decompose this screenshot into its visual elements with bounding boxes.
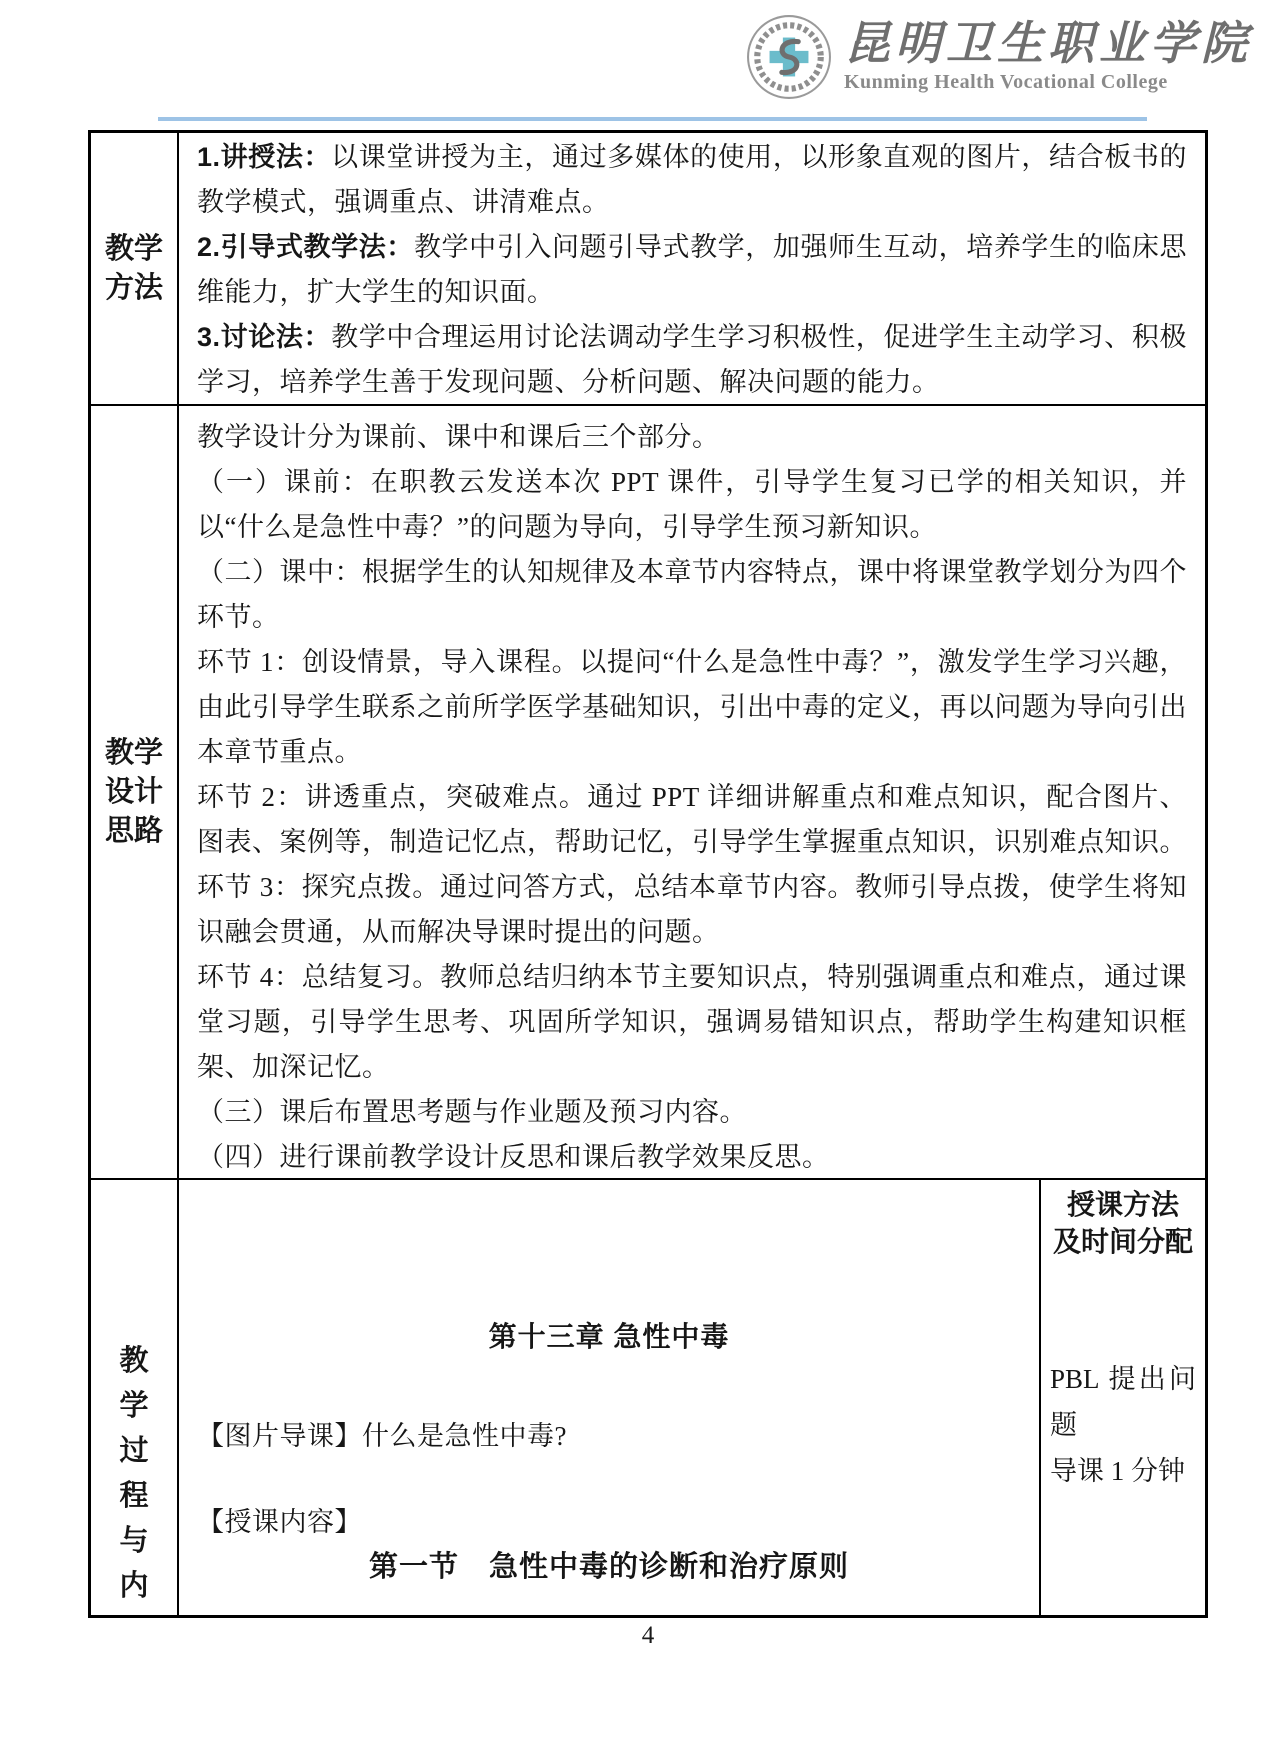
lecture-content-label: 【授课内容】 — [197, 1500, 1021, 1545]
method-paragraph: 3.讨论法：教学中合理运用讨论法调动学生学习积极性，促进学生主动学习、积极学习，… — [197, 315, 1187, 405]
time-allocation-items: PBL 提出问题 导课 1 分钟 — [1050, 1356, 1196, 1494]
method-name: 1.讲授法： — [197, 142, 331, 172]
row-label-line: 教学 — [105, 734, 163, 773]
header-divider-line — [158, 117, 1147, 121]
time-column-header-line: 及时间分配 — [1050, 1223, 1196, 1260]
method-paragraph: 2.引导式教学法：教学中引入问题引导式教学，加强师生互动，培养学生的临床思维能力… — [197, 225, 1187, 315]
method-description: 教学中合理运用讨论法调动学生学习积极性，促进学生主动学习、积极学习，培养学生善于… — [197, 322, 1187, 397]
method-name: 3.讨论法： — [197, 322, 331, 352]
time-allocation-item: PBL 提出问题 — [1050, 1356, 1196, 1448]
row-label-line: 设计 — [105, 773, 163, 812]
design-paragraph: （二）课中：根据学生的认知规律及本章节内容特点，课中将课堂教学划分为四个环节。 — [197, 550, 1187, 640]
row-label-line: 内 — [119, 1564, 148, 1609]
row-label-line: 过 — [119, 1429, 148, 1474]
method-paragraph: 1.讲授法：以课堂讲授为主，通过多媒体的使用，以形象直观的图片，结合板书的教学模… — [197, 135, 1187, 225]
teaching-process-content: 第十三章 急性中毒 【图片导课】什么是急性中毒? 【授课内容】 第一节 急性中毒… — [179, 1180, 1039, 1615]
table-row-teaching-process: 教 学 过 程 与 内 第十三章 急性中毒 【图片导课】什么是急性中毒? 【授课… — [91, 1178, 1205, 1615]
design-paragraph: 教学设计分为课前、课中和课后三个部分。 — [197, 415, 1187, 460]
row-label-line: 学 — [119, 1384, 148, 1429]
college-name-block: 昆明卫生职业学院 Kunming Health Vocational Colle… — [844, 19, 1252, 95]
design-paragraph: 环节 1：创设情景，导入课程。以提问“什么是急性中毒？”，激发学生学习兴趣，由此… — [197, 640, 1187, 775]
row-label-line: 方法 — [105, 269, 163, 308]
time-allocation-item: 导课 1 分钟 — [1050, 1448, 1196, 1494]
page-number: 4 — [0, 1622, 1271, 1650]
row-label-teaching-process: 教 学 过 程 与 内 — [91, 1180, 179, 1615]
row-label-design-approach: 教学 设计 思路 — [91, 406, 179, 1178]
design-paragraph: （四）进行课前教学设计反思和课后教学效果反思。 — [197, 1135, 1187, 1180]
college-seal-icon — [746, 14, 832, 100]
design-approach-content: 教学设计分为课前、课中和课后三个部分。 （一）课前：在职教云发送本次 PPT 课… — [179, 406, 1205, 1178]
college-name-calligraphy: 昆明卫生职业学院 — [844, 19, 1252, 69]
college-name-english: Kunming Health Vocational College — [844, 69, 1252, 95]
design-paragraph: 环节 2：讲透重点，突破难点。通过 PPT 详细讲解重点和难点知识，配合图片、图… — [197, 775, 1187, 865]
table-row-design-approach: 教学 设计 思路 教学设计分为课前、课中和课后三个部分。 （一）课前：在职教云发… — [91, 404, 1205, 1178]
time-column-header: 授课方法 及时间分配 — [1050, 1186, 1196, 1260]
row-label-line: 教学 — [105, 230, 163, 269]
table-row-teaching-methods: 教学 方法 1.讲授法：以课堂讲授为主，通过多媒体的使用，以形象直观的图片，结合… — [91, 133, 1205, 404]
method-name: 2.引导式教学法： — [197, 232, 414, 262]
time-column-header-line: 授课方法 — [1050, 1186, 1196, 1223]
design-paragraph: 环节 3：探究点拨。通过问答方式，总结本章节内容。教师引导点拨，使学生将知识融会… — [197, 865, 1187, 955]
picture-lead-in-line: 【图片导课】什么是急性中毒? — [197, 1414, 1021, 1459]
lesson-plan-page: 昆明卫生职业学院 Kunming Health Vocational Colle… — [0, 0, 1271, 1763]
teaching-methods-content: 1.讲授法：以课堂讲授为主，通过多媒体的使用，以形象直观的图片，结合板书的教学模… — [179, 133, 1205, 404]
chapter-title: 第十三章 急性中毒 — [197, 1314, 1021, 1359]
lesson-plan-table: 教学 方法 1.讲授法：以课堂讲授为主，通过多媒体的使用，以形象直观的图片，结合… — [88, 130, 1208, 1618]
section-title: 第一节 急性中毒的诊断和治疗原则 — [197, 1545, 1021, 1590]
row-label-teaching-methods: 教学 方法 — [91, 133, 179, 404]
design-paragraph: （三）课后布置思考题与作业题及预习内容。 — [197, 1090, 1187, 1135]
row-label-line: 教 — [119, 1339, 148, 1384]
header-logo: 昆明卫生职业学院 Kunming Health Vocational Colle… — [746, 14, 1252, 100]
row-label-line: 思路 — [105, 812, 163, 851]
design-paragraph: （一）课前：在职教云发送本次 PPT 课件，引导学生复习已学的相关知识，并以“什… — [197, 460, 1187, 550]
design-paragraph: 环节 4：总结复习。教师总结归纳本节主要知识点，特别强调重点和难点，通过课堂习题… — [197, 955, 1187, 1090]
method-description: 以课堂讲授为主，通过多媒体的使用，以形象直观的图片，结合板书的教学模式，强调重点… — [197, 142, 1187, 217]
row-label-line: 程 — [119, 1474, 148, 1519]
time-allocation-column: 授课方法 及时间分配 PBL 提出问题 导课 1 分钟 — [1039, 1180, 1205, 1615]
row-label-line: 与 — [119, 1519, 148, 1564]
